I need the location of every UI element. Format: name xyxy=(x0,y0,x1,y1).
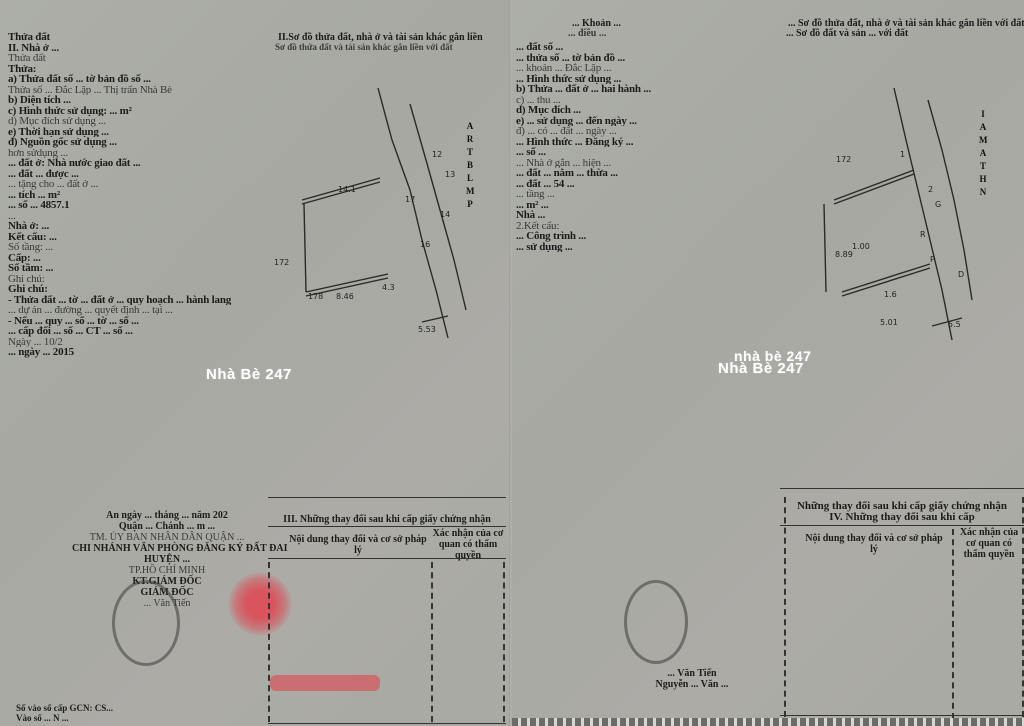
vertical-label-char: L xyxy=(466,172,474,185)
right-text-line: ... khoản ... Đắc Lập ... xyxy=(516,63,756,74)
left-table-col-1: Nội dung thay đổi và cơ sở pháp lý xyxy=(288,534,428,556)
right-text-line: d) Mục đích ... xyxy=(516,105,756,116)
left-text-line: ... đất ... được ... xyxy=(8,169,240,180)
left-text-line: - Nếu ... quy ... số ... tờ ... số ... xyxy=(8,316,240,327)
left-text-line: ... tặng cho ... đất ở ... xyxy=(8,179,240,190)
left-text-line: c) Hình thức sử dụng: ... m² xyxy=(8,106,240,117)
left-text-line: ... xyxy=(8,211,240,222)
left-text-line: e) Thời hạn sử dụng ... xyxy=(8,127,240,138)
right-text-line: ... đất số ... xyxy=(516,42,756,53)
parcel-dimension-label: 14 xyxy=(440,210,450,219)
vertical-label-char: R xyxy=(466,133,474,146)
right-text-line: Nhà ... xyxy=(516,210,756,221)
right-signature-block: ... Văn TiếnNguyễn ... Văn ... xyxy=(632,668,752,690)
watermark-text: Nhà Bè 247 xyxy=(718,360,804,377)
right-changes-table: Những thay đổi sau khi cấp giấy chứng nh… xyxy=(780,488,1024,724)
right-text-line: c) ... thu ... xyxy=(516,95,756,106)
left-text-line: a) Thửa đất số ... tờ bản đồ số ... xyxy=(8,74,240,85)
left-header-line-2: Sơ đồ thửa đất và tài sản khác gắn liền … xyxy=(275,42,453,53)
parcel-dimension-label: 12 xyxy=(432,150,442,159)
parcel-dimension-label: 4.3 xyxy=(382,283,395,292)
background-strip xyxy=(512,718,1024,726)
parcel-dimension-label: 5.53 xyxy=(418,325,436,334)
right-text-line: e) ... sử dụng ... đến ngày ... xyxy=(516,116,756,127)
left-text-line: ... cấp đổi ... số ... CT ... số ... xyxy=(8,326,240,337)
parcel-dimension-label: 5.5 xyxy=(948,320,961,329)
left-text-line: b) Diện tích ... xyxy=(8,95,240,106)
vertical-label-char: N xyxy=(979,186,987,199)
left-text-line: Số tầm: ... xyxy=(8,263,240,274)
parcel-dimension-label: R xyxy=(920,230,926,239)
vertical-label-char: A xyxy=(979,147,987,160)
vertical-label-char: I xyxy=(979,108,987,121)
left-text-line: Kết cấu: ... xyxy=(8,232,240,243)
parcel-dimension-label: 14.1 xyxy=(338,185,356,194)
footer-line: Số vào sổ cấp GCN: CS... xyxy=(16,703,113,713)
right-sig-line: Nguyễn ... Văn ... xyxy=(632,679,752,690)
parcel-dimension-label: 172 xyxy=(274,258,289,267)
parcel-dimension-label: 5.01 xyxy=(880,318,898,327)
left-text-line: ... số ... 4857.1 xyxy=(8,200,240,211)
right-text-line: ... tầng ... xyxy=(516,189,756,200)
right-text-line: ... thửa số ... tờ bản đồ ... xyxy=(516,53,756,64)
left-sig-line: HUYỆN ... xyxy=(72,554,262,565)
right-page-text: ... đất số ...... thửa số ... tờ bản đồ … xyxy=(516,42,756,252)
right-table-col-1: Nội dung thay đổi và cơ sở pháp lý xyxy=(804,533,944,555)
left-text-line: Thửa đất xyxy=(8,32,240,43)
left-sig-line: An ngày ... tháng ... năm 202 xyxy=(72,510,262,521)
vertical-label-char: T xyxy=(979,160,987,173)
vertical-label-char: B xyxy=(466,159,474,172)
parcel-dimension-label: 1.6 xyxy=(884,290,897,299)
right-vertical-label: IAMATHN xyxy=(979,108,987,199)
watermark-text: Nhà Bè 247 xyxy=(206,366,292,383)
left-page-text: Thửa đấtII. Nhà ở ...Thửa đấtThửa:a) Thử… xyxy=(8,32,240,358)
parcel-dimension-label: 178 xyxy=(308,292,323,301)
parcel-dimension-label: 2 xyxy=(928,185,933,194)
right-text-line: ... đất ... 54 ... xyxy=(516,179,756,190)
left-text-line: ... đất ở: Nhà nước giao đất ... xyxy=(8,158,240,169)
left-text-line: II. Nhà ở ... xyxy=(8,43,240,54)
vertical-label-char: T xyxy=(466,146,474,159)
left-text-line: ... ngày ... 2015 xyxy=(8,347,240,358)
right-sig-line: ... Văn Tiến xyxy=(632,668,752,679)
parcel-dimension-label: 17 xyxy=(405,195,415,204)
right-text-line: ... số ... xyxy=(516,147,756,158)
footer-line: Vào sổ ... N ... xyxy=(16,713,113,723)
left-text-line: Nhà ở: ... xyxy=(8,221,240,232)
parcel-dimension-label: 16 xyxy=(420,240,430,249)
left-changes-table-title: III. Những thay đổi sau khi cấp giấy chứ… xyxy=(268,514,506,525)
left-text-line: Ghi chú: xyxy=(8,274,240,285)
left-sig-line: Quận ... Chánh ... m ... xyxy=(72,521,262,532)
left-sig-line: TP.HỒ CHÍ MINH xyxy=(72,565,262,576)
left-text-line: Số tầng: ... xyxy=(8,242,240,253)
parcel-dimension-label: G xyxy=(935,200,941,209)
right-page: ... Khoản ... ... điều ... ... đất số ..… xyxy=(512,0,1024,726)
right-text-line: ... Nhà ở gắn ... hiện ... xyxy=(516,158,756,169)
official-seal-black xyxy=(624,580,688,664)
left-text-line: hơn sửdụng ... xyxy=(8,148,240,159)
right-text-line: ... đất ... nằm ... thừa ... xyxy=(516,168,756,179)
left-text-line: ... dự án ... đường ... quyết định ... t… xyxy=(8,305,240,316)
left-text-line: Ghi chú: xyxy=(8,284,240,295)
parcel-dimension-label: P xyxy=(930,255,935,264)
right-header-line-2: ... Sơ đồ đất và sản ... với đất xyxy=(786,28,908,39)
right-text-line: ... sử dụng ... xyxy=(516,242,756,253)
right-text-line: ... m² ... xyxy=(516,200,756,211)
right-text-line: 2.Kết cấu: xyxy=(516,221,756,232)
right-table-col-2: Xác nhận của cơ quan có thẩm quyền xyxy=(956,527,1022,560)
vertical-label-char: P xyxy=(466,198,474,211)
parcel-dimension-label: 8.46 xyxy=(336,292,354,301)
right-text-line: b) Thửa ... đất ở ... hai hành ... xyxy=(516,84,756,95)
parcel-dimension-label: 1.00 xyxy=(852,242,870,251)
parcel-plan-diagram xyxy=(802,80,1024,380)
vertical-label-char: A xyxy=(979,121,987,134)
right-text-line: ... Hình thức sử dụng ... xyxy=(516,74,756,85)
left-text-line: Thửa: xyxy=(8,64,240,75)
left-text-line: d) Mục đích sử dụng ... xyxy=(8,116,240,127)
left-text-line: - Thửa đất ... tờ ... đất ở ... quy hoạc… xyxy=(8,295,240,306)
vertical-label-char: A xyxy=(466,120,474,133)
left-text-line: đ) Nguồn gốc sử dụng ... xyxy=(8,137,240,148)
left-vertical-label: ARTBLMP xyxy=(466,120,474,211)
right-header-left-2: ... điều ... xyxy=(568,28,606,39)
right-text-line: ... Hình thức ... Đăng ký ... xyxy=(516,137,756,148)
parcel-dimension-label: 1 xyxy=(900,150,905,159)
right-text-line: ... Công trình ... xyxy=(516,231,756,242)
left-text-line: Thửa số ... Đắc Lập ... Thị trấn Nhà Bè xyxy=(8,85,240,96)
vertical-label-char: H xyxy=(979,173,987,186)
left-sig-line: CHI NHÁNH VĂN PHÒNG ĐĂNG KÝ ĐẤT ĐAI xyxy=(72,543,262,554)
vertical-label-char: M xyxy=(979,134,987,147)
right-text-line: đ) ... có ... đất ... ngày ... xyxy=(516,126,756,137)
vertical-label-char: M xyxy=(466,185,474,198)
left-changes-table: III. Những thay đổi sau khi cấp giấy chứ… xyxy=(268,497,506,724)
left-page: Thửa đấtII. Nhà ở ...Thửa đấtThửa:a) Thử… xyxy=(0,0,512,726)
left-text-line: ... tích ... m² xyxy=(8,190,240,201)
parcel-dimension-label: 8.89 xyxy=(835,250,853,259)
parcel-dimension-label: 172 xyxy=(836,155,851,164)
parcel-dimension-label: D xyxy=(958,270,964,279)
left-footer: Số vào sổ cấp GCN: CS... Vào sổ ... N ..… xyxy=(16,703,113,723)
left-sig-line: TM. ỦY BAN NHÂN DÂN QUẬN ... xyxy=(72,532,262,543)
left-text-line: Thửa đất xyxy=(8,53,240,64)
left-text-line: Ngày ... 10/2 xyxy=(8,337,240,348)
right-changes-table-subtitle: IV. Những thay đổi sau khi cấp xyxy=(780,512,1024,523)
official-seal-black xyxy=(112,580,180,666)
left-text-line: Cấp: ... xyxy=(8,253,240,264)
left-table-col-2: Xác nhận của cơ quan có thẩm quyền xyxy=(432,528,504,561)
parcel-dimension-label: 13 xyxy=(445,170,455,179)
